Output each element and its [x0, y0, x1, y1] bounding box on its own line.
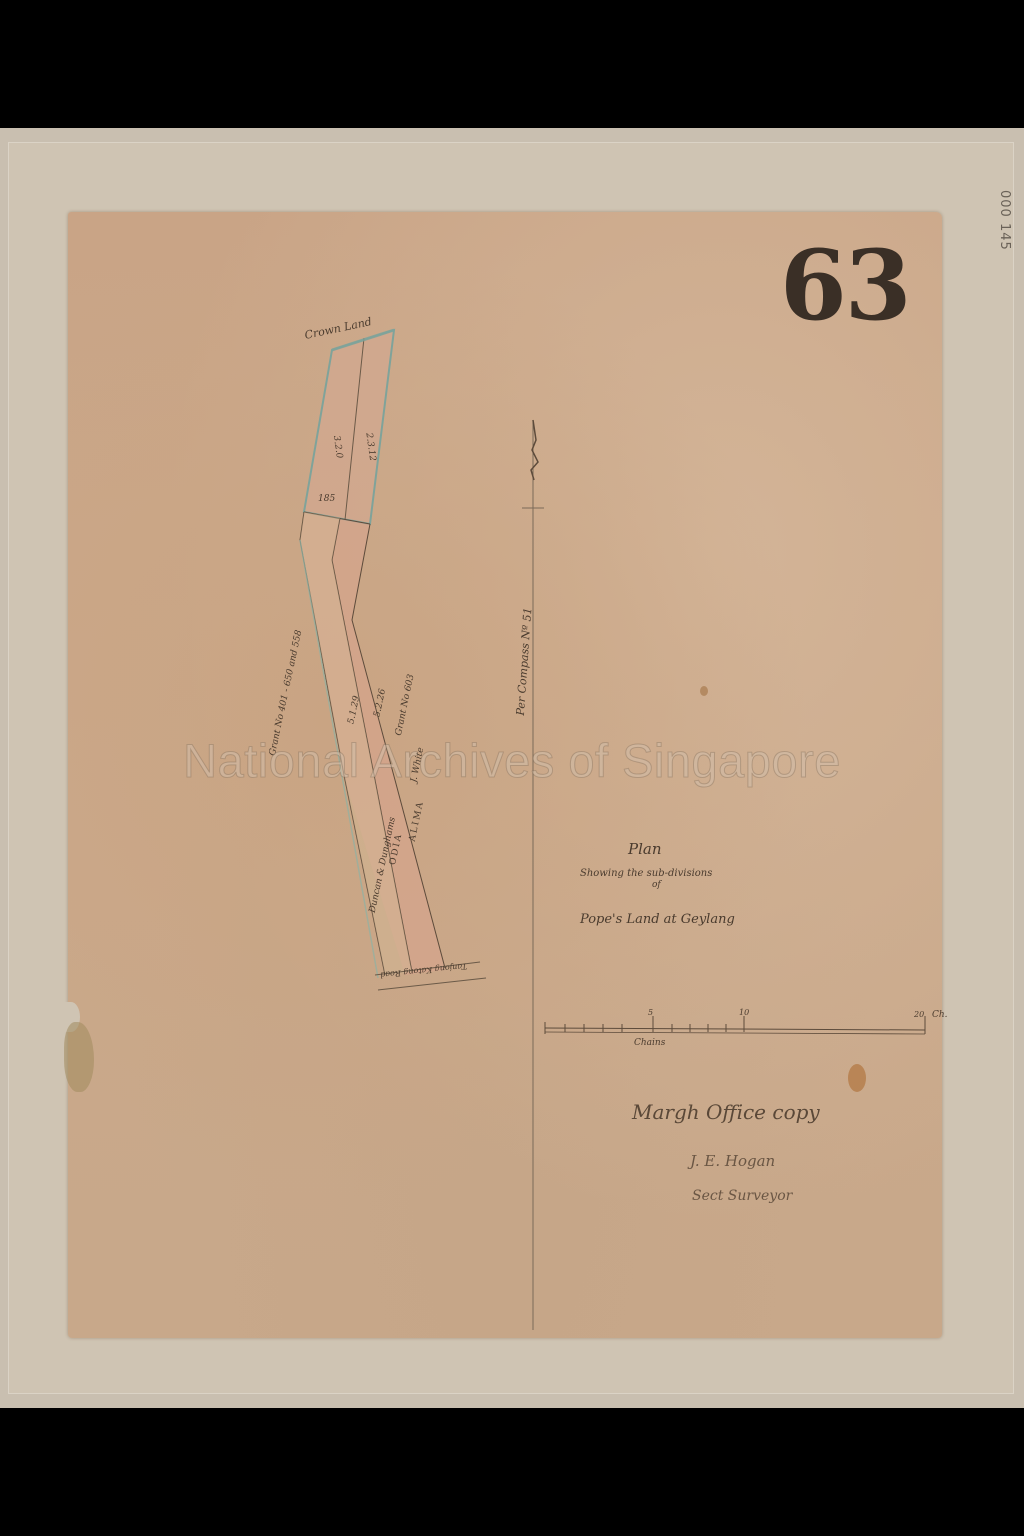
scale-end-label: Ch.: [932, 1010, 948, 1020]
scale-tick-10: 10: [739, 1008, 749, 1017]
plan-title: Plan: [628, 840, 662, 858]
survey-plan-drawing: [0, 0, 1024, 1536]
scale-tick-20: 20: [914, 1010, 924, 1019]
scale-bar: [545, 1016, 925, 1034]
signature-name: J. E. Hogan: [690, 1152, 775, 1170]
scale-unit-label: Chains: [634, 1038, 665, 1048]
plan-place: Pope's Land at Geylang: [580, 912, 735, 927]
corner-mark: 185: [318, 494, 335, 504]
signature-title: Sect Surveyor: [692, 1188, 792, 1204]
compass-meridian: [522, 420, 544, 1330]
plan-subtitle: Showing the sub-divisions: [580, 868, 712, 879]
signature-office-copy: Margh Office copy: [632, 1100, 820, 1124]
plan-of: of: [652, 880, 661, 890]
scale-tick-5: 5: [648, 1008, 653, 1017]
